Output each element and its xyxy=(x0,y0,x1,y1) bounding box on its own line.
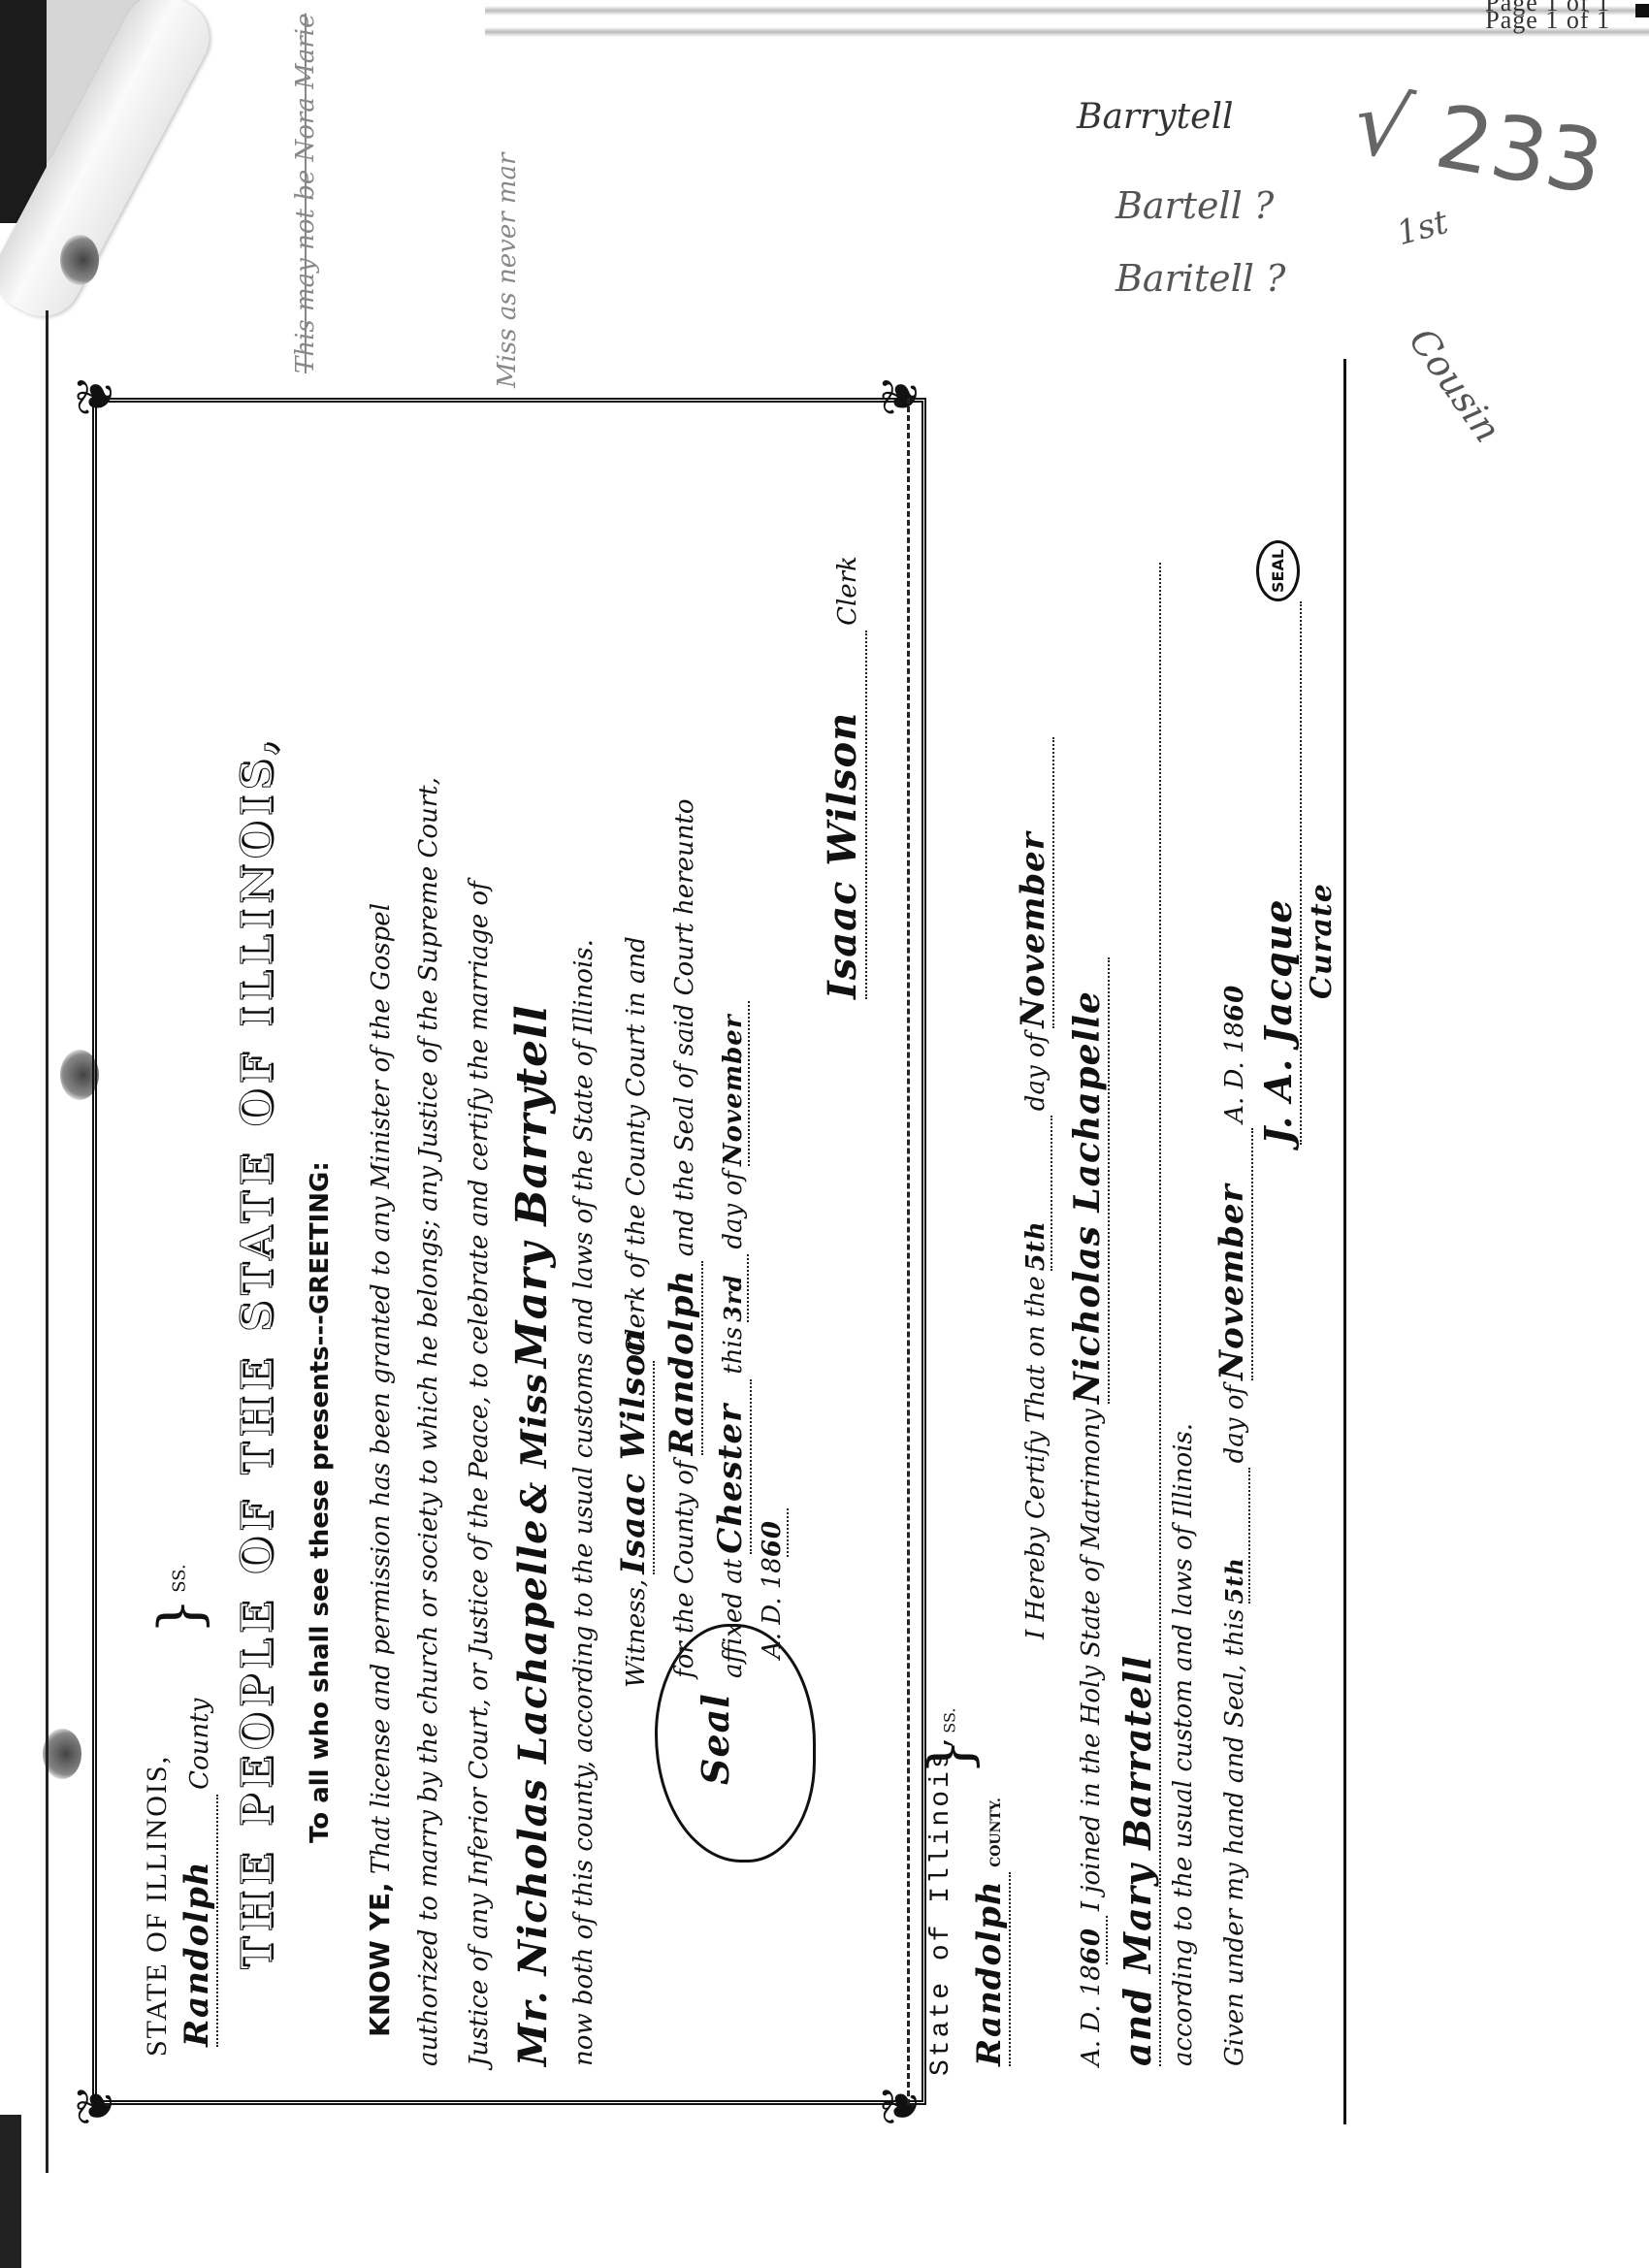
name-variant: Bartell ? xyxy=(1115,184,1274,227)
body-line: day of xyxy=(1220,1385,1249,1463)
body-line: Justice of any Inferior Court, or Justic… xyxy=(465,881,494,2066)
body-line: day of xyxy=(1021,1033,1051,1111)
state-header: STATE OF ILLINOIS, xyxy=(141,1755,174,2057)
section-divider xyxy=(907,398,910,2105)
greeting: To all who shall see these presents---GR… xyxy=(306,1161,335,1843)
officiant-title: Curate xyxy=(1305,883,1339,999)
officiant-signature: J. A. Jacque xyxy=(1256,601,1302,1145)
punch-hole xyxy=(60,235,99,285)
name-variant: Baritell ? xyxy=(1115,257,1285,300)
certificate-bottom-border xyxy=(1343,359,1346,2124)
bride-handwritten: and Mary Barratell xyxy=(1115,563,1161,2066)
year-handwritten: 60 xyxy=(1220,985,1249,1021)
bride-handwritten: Mary Barrytell xyxy=(507,1004,557,1368)
corner-ornament-icon: ❦ xyxy=(71,374,121,417)
seal-handwritten: Seal xyxy=(694,1693,737,1785)
page-label-bottom: Page 1 of 1 xyxy=(1485,6,1610,35)
body-line: day of xyxy=(719,1171,748,1248)
county-handwritten: Randolph xyxy=(970,1872,1011,2066)
body-line: Given under my hand and Seal, this xyxy=(1220,1609,1249,2066)
certify-text: I Hereby Certify That on the xyxy=(1021,1276,1051,1639)
day-handwritten: 3rd xyxy=(719,1254,749,1322)
relation-note: 1st xyxy=(1393,203,1452,253)
ss-label: SS. xyxy=(941,1708,959,1733)
certificate-title: THE PEOPLE OF THE STATE OF ILLINOIS, xyxy=(233,734,282,1969)
brace: } xyxy=(146,1598,214,1635)
body-line: according to the usual custom and laws o… xyxy=(1169,1423,1198,2066)
place-handwritten: Chester xyxy=(711,1379,752,1554)
body-line: authorized to marry by the church or soc… xyxy=(414,777,443,2066)
county-label: COUNTY. xyxy=(988,1798,1004,1867)
year-handwritten: 60 xyxy=(758,1508,789,1557)
scan-edge-bottom-left xyxy=(0,2115,21,2268)
county-handwritten: Randolph xyxy=(663,1261,703,1455)
know-ye: KNOW YE, xyxy=(364,1882,396,2037)
clerk-signature: Isaac Wilson xyxy=(820,631,867,999)
corner-ornament-icon: ❦ xyxy=(876,374,926,417)
scan-frame-line xyxy=(46,310,48,2173)
printed-header-strip: Page 1 of 1 Page 1 of 1 xyxy=(485,0,1649,41)
corner-ornament-icon: ❦ xyxy=(876,2084,926,2126)
witness-handwritten: Isaac Wilson xyxy=(614,1361,655,1574)
record-mark: √ 233 xyxy=(1346,71,1610,214)
ss-label: SS. xyxy=(170,1564,190,1592)
month-handwritten: November xyxy=(1014,737,1054,1028)
marriage-certificate: ❦ ❦ ❦ ❦ STATE OF ILLINOIS, Randolph Coun… xyxy=(53,320,1295,2163)
body-line: That license and permission has been gra… xyxy=(367,903,396,1874)
corner-ornament-icon: ❦ xyxy=(71,2084,121,2126)
ad-label: A. D. 18 xyxy=(1077,1964,1106,2066)
body-line: and the Seal of said Court hereunto xyxy=(670,798,699,1256)
groom-handwritten: Mr. Nicholas Lachapelle xyxy=(510,1518,556,2066)
witness-tail: Clerk of the County Court in and xyxy=(622,936,651,1356)
return-state: State of Illinois, xyxy=(926,1731,956,2076)
body-line: I joined in the Holy State of Matrimony xyxy=(1077,1409,1106,1911)
body-line: now both of this county, according to th… xyxy=(569,939,598,2066)
witness-label: Witness, xyxy=(622,1579,651,1688)
groom-handwritten: Nicholas Lachapelle xyxy=(1067,957,1110,1404)
seal-stamp: SEAL xyxy=(1256,540,1300,601)
year-handwritten: 60 xyxy=(1077,1916,1108,1964)
clerk-label: Clerk xyxy=(833,556,862,626)
county-handwritten: Randolph xyxy=(178,1795,218,2047)
name-variant: Barrytell xyxy=(1077,97,1233,137)
month-handwritten: November xyxy=(1212,1128,1253,1380)
month-handwritten: November xyxy=(719,1001,750,1166)
county-label: County xyxy=(185,1699,214,1790)
relation-note: Cousin xyxy=(1401,320,1509,450)
conjunction-handwritten: & Miss xyxy=(514,1373,555,1513)
ad-label: A. D. 18 xyxy=(1220,1021,1249,1123)
day-handwritten: 5th xyxy=(1021,1116,1052,1271)
day-handwritten: 5th xyxy=(1220,1468,1250,1604)
body-line: this xyxy=(719,1327,748,1375)
